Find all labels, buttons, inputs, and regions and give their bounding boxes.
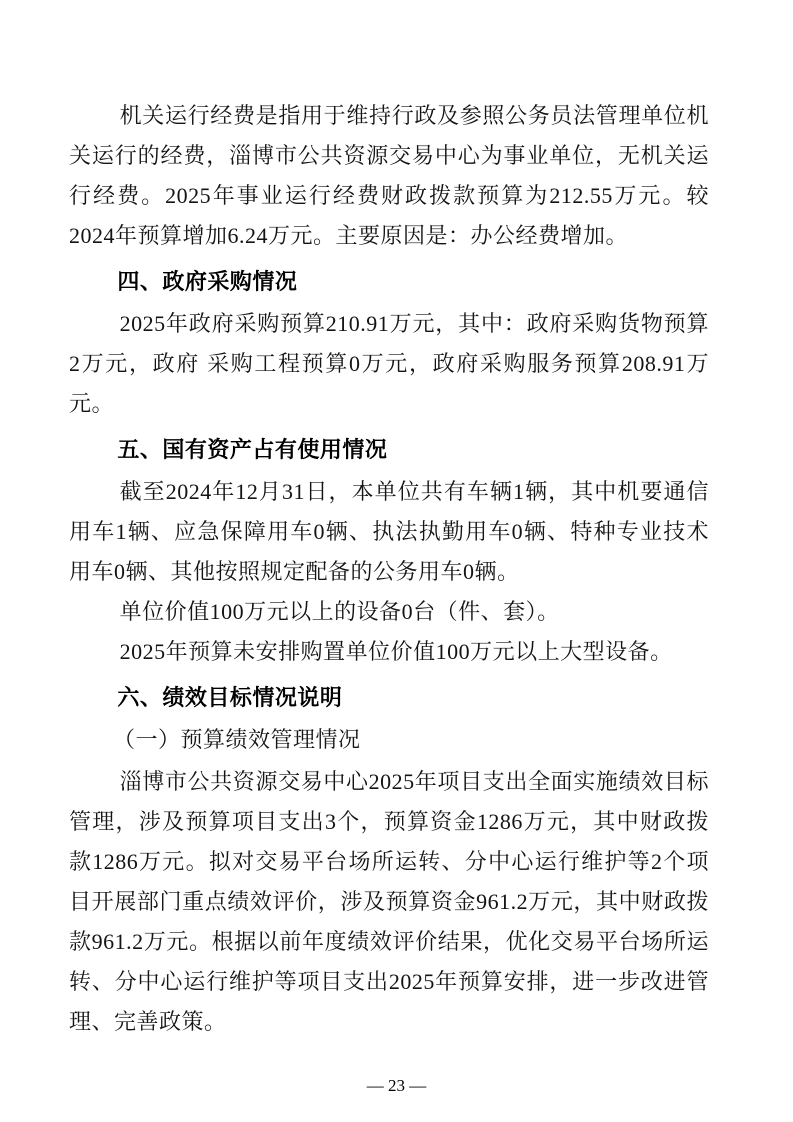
heading-section-5-state-assets-usage: 五、国有资产占有使用情况 <box>69 430 709 470</box>
document-page: 机关运行经费是指用于维持行政及参照公务员法管理单位机关运行的经费，淄博市公共资源… <box>0 0 793 1122</box>
para-agency-operating-expenses: 机关运行经费是指用于维持行政及参照公务员法管理单位机关运行的经费，淄博市公共资源… <box>69 96 709 256</box>
para-performance-management-details: 淄博市公共资源交易中心2025年项目支出全面实施绩效目标管理，涉及预算项目支出3… <box>69 762 709 1042</box>
para-equipment-over-1m-count: 单位价值100万元以上的设备0台（件、套）。 <box>69 592 709 632</box>
para-government-procurement-budget: 2025年政府采购预算210.91万元，其中：政府采购货物预算2万元，政府 采购… <box>69 304 709 424</box>
subheading-budget-performance-management: （一）预算绩效管理情况 <box>69 720 709 760</box>
para-vehicle-holdings: 截至2024年12月31日，本单位共有车辆1辆，其中机要通信用车1辆、应急保障用… <box>69 472 709 592</box>
para-no-large-equipment-purchase: 2025年预算未安排购置单位价值100万元以上大型设备。 <box>69 632 709 672</box>
heading-section-4-government-procurement: 四、政府采购情况 <box>69 262 709 302</box>
page-number: — 23 — <box>0 1076 793 1096</box>
heading-section-6-performance-goals: 六、绩效目标情况说明 <box>69 678 709 718</box>
